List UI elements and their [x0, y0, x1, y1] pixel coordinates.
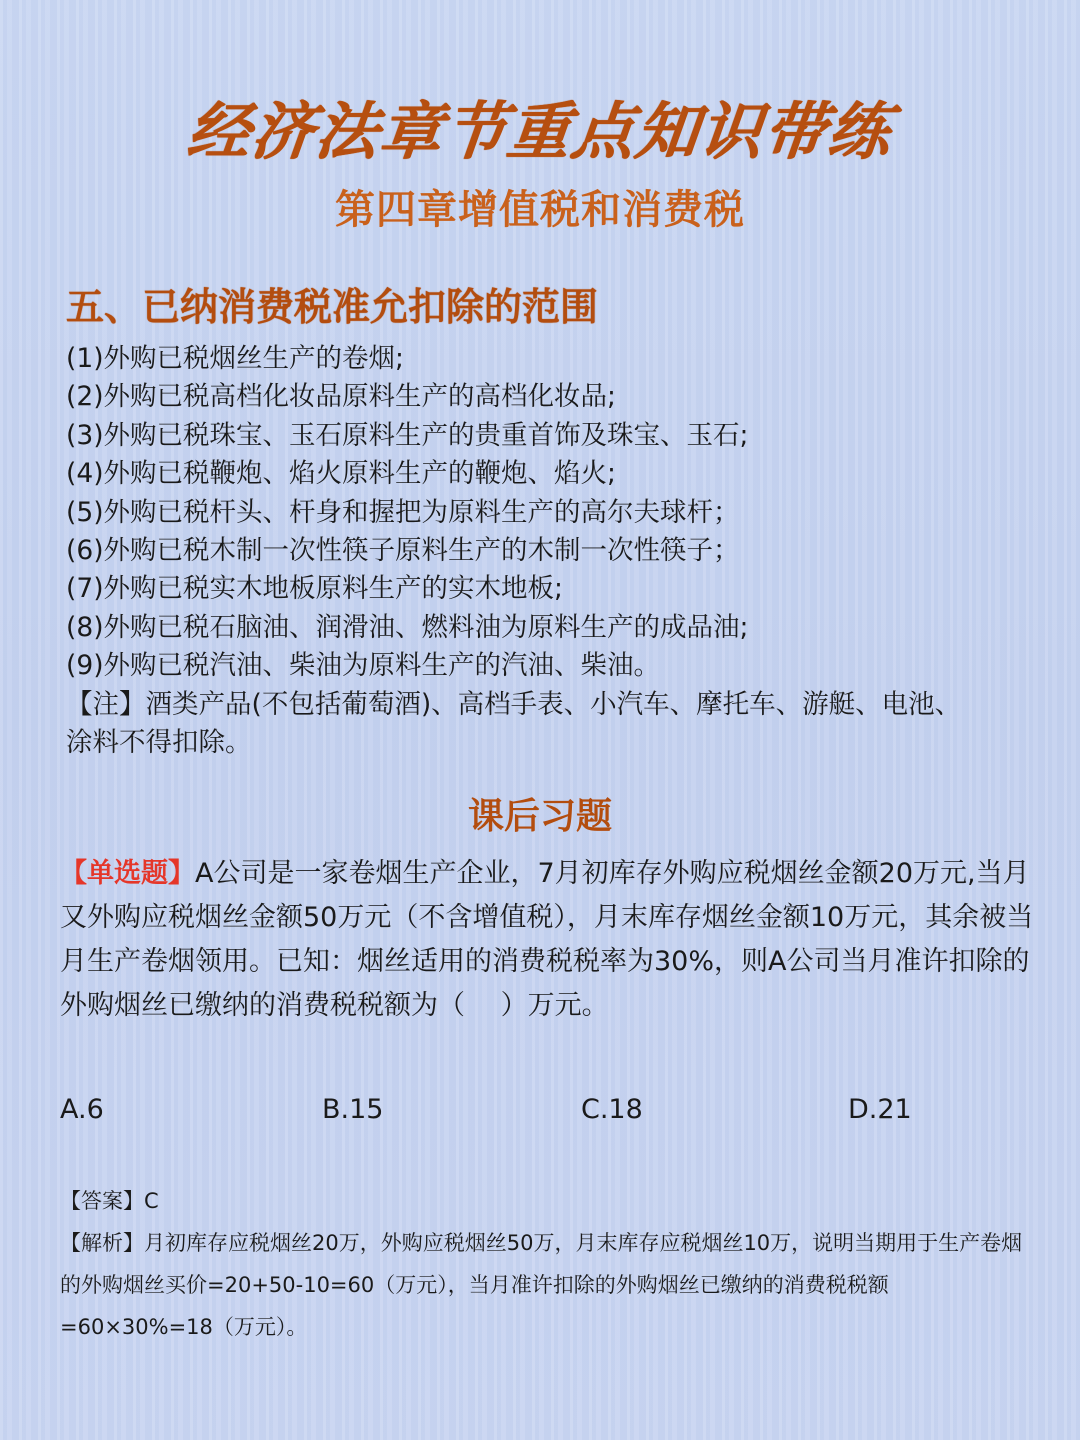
list-item: (2)外购已税高档化妆品原料生产的高档化妆品;	[66, 378, 1026, 416]
list-item: (5)外购已税杆头、杆身和握把为原料生产的高尔夫球杆；	[66, 494, 1026, 532]
answer: 【答案】C	[60, 1180, 1030, 1222]
main-title: 经济法章节重点知识带练	[0, 82, 1080, 171]
list-item: (3)外购已税珠宝、玉石原料生产的贵重首饰及珠宝、玉石;	[66, 417, 1026, 455]
option-a: A.6	[60, 1094, 104, 1125]
list-item: (1)外购已税烟丝生产的卷烟;	[66, 340, 1026, 378]
section-heading: 五、已纳消费税准允扣除的范围	[66, 276, 598, 331]
option-d: D.21	[848, 1094, 912, 1125]
deduction-items-list: (1)外购已税烟丝生产的卷烟; (2)外购已税高档化妆品原料生产的高档化妆品; …	[66, 340, 1026, 762]
answer-block: 【答案】C 【解析】月初库存应税烟丝20万，外购应税烟丝50万，月末库存应税烟丝…	[60, 1180, 1030, 1348]
list-item: (9)外购已税汽油、柴油为原料生产的汽油、柴油。	[66, 647, 1026, 685]
list-item: (4)外购已税鞭炮、焰火原料生产的鞭炮、焰火;	[66, 455, 1026, 493]
exercise-heading: 课后习题	[0, 788, 1080, 839]
question-type-label: 【单选题】	[60, 858, 195, 889]
analysis: 【解析】月初库存应税烟丝20万，外购应税烟丝50万，月末库存应税烟丝10万，说明…	[60, 1222, 1030, 1348]
list-item: (6)外购已税木制一次性筷子原料生产的木制一次性筷子；	[66, 532, 1026, 570]
list-item: (8)外购已税石脑油、润滑油、燃料油为原料生产的成品油;	[66, 609, 1026, 647]
answer-options: A.6 B.15 C.18 D.21	[0, 1094, 1080, 1134]
question: 【单选题】A公司是一家卷烟生产企业，7月初库存外购应税烟丝金额20万元,当月又外…	[60, 852, 1035, 1028]
chapter-title: 第四章增值税和消费税	[0, 178, 1080, 235]
list-item: (7)外购已税实木地板原料生产的实木地板;	[66, 570, 1026, 608]
note: 【注】酒类产品(不包括葡萄酒)、高档手表、小汽车、摩托车、游艇、电池、涂料不得扣…	[66, 686, 986, 763]
option-b: B.15	[322, 1094, 383, 1125]
question-text: A公司是一家卷烟生产企业，7月初库存外购应税烟丝金额20万元,当月又外购应税烟丝…	[60, 858, 1033, 1021]
option-c: C.18	[581, 1094, 643, 1125]
